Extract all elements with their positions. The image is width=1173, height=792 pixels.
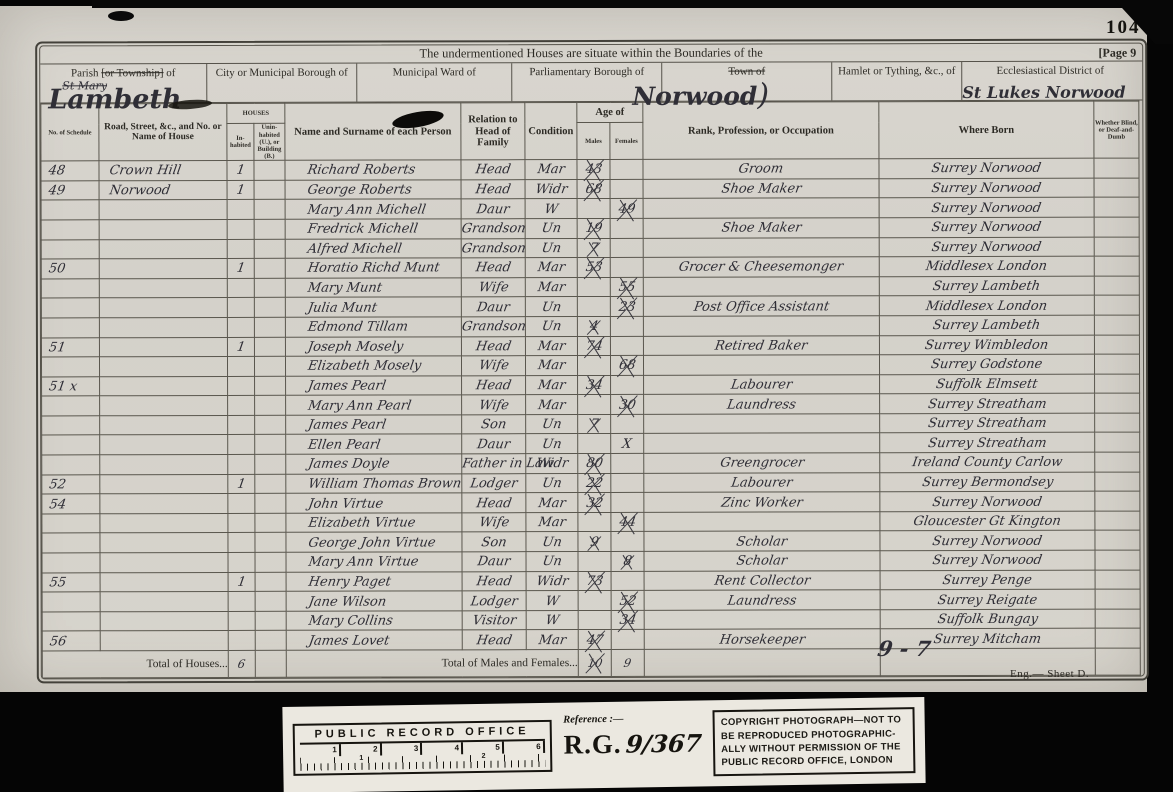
- cell-infirmity: [1094, 256, 1139, 276]
- cell-uninhabited: [254, 180, 285, 200]
- cell-road: [100, 552, 228, 572]
- cell-relation: Son: [462, 415, 526, 435]
- cell-condition: Mar: [526, 493, 578, 513]
- cell-schedule: [42, 455, 100, 475]
- page-label: [Page 9: [1099, 46, 1137, 61]
- cell-schedule: 55: [42, 572, 100, 592]
- cell-road: Norwood: [99, 180, 227, 200]
- cell-age-m: [578, 551, 611, 571]
- district-cell-borough: City or Municipal Borough of: [207, 64, 357, 103]
- cell-relation: Wife: [461, 277, 525, 297]
- parish-label-end: of: [164, 67, 176, 79]
- cell-relation: Head: [461, 258, 525, 278]
- cell-age-m: 34: [578, 375, 611, 395]
- cell-schedule: [42, 533, 100, 553]
- cell-born: Surrey Bermondsey: [880, 472, 1095, 492]
- cell-inhabited: [227, 239, 254, 259]
- census-sheet-frame: The undermentioned Houses are situate wi…: [35, 39, 1149, 684]
- cell-schedule: [42, 435, 100, 455]
- empty-cell: [644, 649, 880, 677]
- cell-infirmity: [1094, 276, 1139, 296]
- cell-name: Elizabeth Mosely: [285, 356, 461, 376]
- cell-uninhabited: [255, 494, 286, 514]
- cell-inhabited: [228, 513, 255, 533]
- cell-uninhabited: [255, 513, 286, 533]
- cell-age-m: 47: [578, 630, 611, 650]
- cell-relation: Lodger: [462, 591, 526, 611]
- cell-age-m: [578, 591, 611, 611]
- town-value: Norwood): [632, 79, 769, 114]
- cell-uninhabited: [255, 533, 286, 553]
- district-cell-town: Town of Norwood): [662, 62, 832, 101]
- cell-name: Richard Roberts: [285, 160, 461, 180]
- cell-infirmity: [1095, 628, 1140, 648]
- cell-age-f: 52: [611, 591, 644, 611]
- total-mf-label: Total of Males and Females...: [286, 650, 578, 678]
- parliamentary-label: Parliamentary Borough of: [529, 66, 644, 78]
- cell-born: Surrey Norwood: [879, 237, 1094, 257]
- cell-age-f: 49: [610, 199, 643, 219]
- cell-schedule: [41, 220, 99, 240]
- cell-relation: Grandson: [461, 317, 525, 337]
- cell-infirmity: [1095, 393, 1140, 413]
- header-uninhabited: Unin-habited (U.), or Building (B.): [254, 124, 285, 161]
- cell-uninhabited: [255, 474, 286, 494]
- reference-value: R.G. 9/367: [563, 727, 701, 760]
- cell-age-m: 73: [578, 571, 611, 591]
- cell-age-f: 8: [611, 551, 644, 571]
- cell-infirmity: [1094, 295, 1139, 315]
- cell-born: Gloucester Gt Kington: [880, 511, 1095, 531]
- cell-uninhabited: [254, 160, 285, 180]
- cell-name: Edmond Tillam: [285, 317, 461, 337]
- header-females: Females: [610, 123, 643, 160]
- cell-road: [99, 278, 227, 298]
- pro-stamp-strip: PUBLIC RECORD OFFICE 123456 12 Reference…: [282, 697, 925, 792]
- cell-age-m: 68: [577, 179, 610, 199]
- cell-age-f: [610, 160, 643, 180]
- cell-born: Surrey Wimbledon: [879, 335, 1094, 355]
- cell-relation: Head: [462, 630, 526, 650]
- cell-relation: Father in Law: [462, 454, 526, 474]
- cell-occupation: Shoe Maker: [643, 218, 879, 238]
- cell-inhabited: [227, 200, 254, 220]
- district-cell-parish: Parish [or Township] of St Mary Lambeth: [40, 64, 207, 103]
- cell-born: Middlesex London: [879, 256, 1094, 276]
- cell-condition: Un: [525, 297, 577, 317]
- cell-occupation: Laundress: [644, 590, 880, 610]
- cell-uninhabited: [254, 278, 285, 298]
- cell-name: Mary Ann Virtue: [286, 552, 462, 572]
- census-sheet: The undermentioned Houses are situate wi…: [39, 43, 1145, 680]
- column-headers: No. of Schedule Road, Street, &c., and N…: [41, 102, 1139, 162]
- cell-road: [100, 572, 228, 592]
- cell-uninhabited: [254, 200, 285, 220]
- cell-age-m: 80: [578, 454, 611, 474]
- pro-ruler-box: PUBLIC RECORD OFFICE 123456 12: [293, 720, 552, 776]
- cell-born: Middlesex London: [879, 295, 1094, 315]
- cell-born: Surrey Lambeth: [879, 315, 1094, 335]
- cell-occupation: Laundress: [644, 394, 880, 414]
- cell-inhabited: 1: [227, 161, 254, 181]
- cell-condition: Mar: [526, 375, 578, 395]
- cell-inhabited: 1: [228, 474, 255, 494]
- cell-name: Elizabeth Virtue: [286, 513, 462, 533]
- hamlet-label: Hamlet or Tything, &c., of: [838, 65, 955, 77]
- cell-road: [100, 592, 228, 612]
- cell-occupation: Labourer: [644, 374, 880, 394]
- cell-inhabited: [228, 592, 255, 612]
- cell-schedule: [42, 553, 100, 573]
- cell-condition: Mar: [526, 512, 578, 532]
- cell-name: James Lovet: [286, 630, 462, 650]
- cell-occupation: Post Office Assistant: [643, 296, 879, 316]
- cell-road: [100, 376, 228, 396]
- cell-born: Surrey Norwood: [879, 178, 1094, 198]
- cell-name: Henry Paget: [286, 571, 462, 591]
- cell-occupation: Groom: [643, 159, 879, 179]
- cell-schedule: 52: [42, 474, 100, 494]
- cell-condition: Widr: [526, 571, 578, 591]
- cell-infirmity: [1094, 354, 1139, 374]
- cell-infirmity: [1094, 335, 1139, 355]
- cell-relation: Daur: [461, 199, 525, 219]
- cell-name: Ellen Pearl: [286, 434, 462, 454]
- cell-occupation: Retired Baker: [643, 335, 879, 355]
- cell-condition: Un: [526, 532, 578, 552]
- cell-condition: Mar: [525, 277, 577, 297]
- cell-age-m: 22: [578, 473, 611, 493]
- cell-age-m: [577, 199, 610, 219]
- cell-uninhabited: [254, 219, 285, 239]
- cell-relation: Head: [461, 336, 525, 356]
- cell-schedule: 54: [42, 494, 100, 514]
- cell-age-f: 68: [610, 355, 643, 375]
- cell-inhabited: [228, 396, 255, 416]
- borough-label: City or Municipal Borough of: [216, 67, 348, 79]
- flourish-mark: ): [757, 78, 769, 113]
- cell-relation: Wife: [461, 356, 525, 376]
- cell-condition: Mar: [525, 356, 577, 376]
- cell-uninhabited: [255, 611, 286, 631]
- cell-age-m: [578, 434, 611, 454]
- cell-relation: Head: [462, 493, 526, 513]
- cell-uninhabited: [254, 258, 285, 278]
- cell-name: Fredrick Michell: [285, 219, 461, 239]
- cell-age-f: 55: [610, 277, 643, 297]
- header-houses: HOUSES: [227, 104, 285, 124]
- cell-relation: Daur: [462, 434, 526, 454]
- cell-condition: Un: [525, 238, 577, 258]
- cell-age-f: [610, 179, 643, 199]
- cell-name: Julia Munt: [285, 297, 461, 317]
- cell-inhabited: [228, 435, 255, 455]
- district-header: Parish [or Township] of St Mary Lambeth …: [40, 62, 1142, 104]
- cell-relation: Daur: [461, 297, 525, 317]
- cell-age-f: [610, 257, 643, 277]
- cell-road: [100, 494, 228, 514]
- district-cell-hamlet: Hamlet or Tything, &c., of: [832, 62, 962, 101]
- cell-name: John Virtue: [286, 493, 462, 513]
- cell-age-f: [610, 316, 643, 336]
- cell-inhabited: [227, 278, 254, 298]
- cell-condition: Mar: [526, 630, 578, 650]
- cell-name: George Roberts: [285, 180, 461, 200]
- cell-road: [100, 631, 228, 651]
- cell-condition: Mar: [526, 395, 578, 415]
- cell-uninhabited: [255, 592, 286, 612]
- cell-condition: Un: [525, 218, 577, 238]
- cell-born: Surrey Godstone: [879, 354, 1094, 374]
- cell-age-f: [611, 571, 644, 591]
- cell-uninhabited: [254, 356, 285, 376]
- cell-road: [99, 337, 227, 357]
- reference-number: 9/367: [624, 728, 702, 758]
- cell-uninhabited: [255, 376, 286, 396]
- cell-uninhabited: [254, 298, 285, 318]
- cell-schedule: [42, 416, 100, 436]
- cell-born: Surrey Norwood: [879, 198, 1094, 218]
- cell-infirmity: [1095, 570, 1140, 590]
- cell-occupation: Shoe Maker: [643, 178, 879, 198]
- cell-inhabited: 1: [227, 180, 254, 200]
- cell-inhabited: [228, 454, 255, 474]
- cell-uninhabited: [254, 317, 285, 337]
- cell-relation: Grandson: [461, 219, 525, 239]
- cell-condition: W: [525, 199, 577, 219]
- cell-occupation: Scholar: [644, 551, 880, 571]
- cell-age-m: [577, 356, 610, 376]
- cell-name: Horatio Richd Munt: [285, 258, 461, 278]
- cell-age-m: 7: [578, 414, 611, 434]
- cell-schedule: [41, 357, 99, 377]
- empty-cell: [1095, 648, 1140, 675]
- cell-occupation: [644, 512, 880, 532]
- cell-age-m: [578, 610, 611, 630]
- banner-text: The undermentioned Houses are situate wi…: [420, 46, 763, 62]
- parish-label-struck: [or Township]: [101, 67, 163, 79]
- cell-age-f: [611, 453, 644, 473]
- cell-occupation: Horsekeeper: [644, 629, 880, 649]
- cell-condition: W: [526, 610, 578, 630]
- cell-name: Mary Ann Pearl: [286, 395, 462, 415]
- cell-relation: Visitor: [462, 610, 526, 630]
- cell-born: Surrey Norwood: [880, 550, 1095, 570]
- cell-occupation: [644, 610, 880, 630]
- total-houses-label: Total of Houses...: [42, 650, 228, 677]
- cell-infirmity: [1095, 531, 1140, 551]
- cell-age-f: 30: [611, 395, 644, 415]
- cell-infirmity: [1094, 217, 1139, 237]
- cell-born: Surrey Norwood: [879, 217, 1094, 237]
- cell-inhabited: 1: [228, 572, 255, 592]
- cell-age-m: [577, 277, 610, 297]
- cell-infirmity: [1095, 374, 1140, 394]
- cell-occupation: [644, 433, 880, 453]
- cell-born: Surrey Reigate: [880, 589, 1095, 609]
- cell-age-m: 9: [578, 532, 611, 552]
- cell-born: Surrey Norwood: [880, 531, 1095, 551]
- reference-area: Reference :— R.G. 9/367: [563, 700, 702, 788]
- cell-inhabited: [227, 356, 254, 376]
- cell-age-f: [610, 238, 643, 258]
- cell-infirmity: [1094, 158, 1139, 178]
- reference-label: Reference :—: [563, 712, 701, 725]
- ecclesiastical-value: St Lukes Norwood: [962, 84, 1125, 103]
- copyright-line: PUBLIC RECORD OFFICE, LONDON: [721, 754, 907, 770]
- cell-condition: Mar: [525, 160, 577, 180]
- cell-age-f: [611, 532, 644, 552]
- cell-uninhabited: [255, 454, 286, 474]
- census-paper: 104 The undermentioned Houses are situat…: [0, 6, 1147, 692]
- cell-road: [100, 533, 228, 553]
- header-inhabited: In-habited: [227, 124, 254, 161]
- district-cell-ward: Municipal Ward of: [357, 63, 512, 102]
- cell-schedule: 56: [42, 631, 100, 651]
- cell-occupation: [643, 198, 879, 218]
- cell-schedule: 51 x: [42, 376, 100, 396]
- cell-age-f: [611, 375, 644, 395]
- total-males-value: 10: [578, 649, 611, 676]
- cell-uninhabited: [254, 239, 285, 259]
- cell-inhabited: [227, 219, 254, 239]
- cell-road: [100, 435, 228, 455]
- cell-age-f: X: [611, 434, 644, 454]
- cell-schedule: [42, 514, 100, 534]
- cell-occupation: Zinc Worker: [644, 492, 880, 512]
- cell-infirmity: [1095, 472, 1140, 492]
- cell-age-m: 53: [577, 258, 610, 278]
- cell-age-m: 4: [577, 316, 610, 336]
- cell-uninhabited: [255, 435, 286, 455]
- parish-value: Lambeth: [48, 84, 181, 115]
- cell-relation: Head: [462, 375, 526, 395]
- cell-road: [99, 298, 227, 318]
- cell-born: Surrey Streatham: [880, 433, 1095, 453]
- cell-age-f: 44: [611, 512, 644, 532]
- cell-occupation: Greengrocer: [644, 453, 880, 473]
- cell-name: Mary Collins: [286, 611, 462, 631]
- total-houses-value: 6: [228, 650, 255, 677]
- cell-born: Surrey Norwood: [879, 158, 1094, 178]
- cell-age-m: 7: [577, 238, 610, 258]
- cell-inhabited: [227, 298, 254, 318]
- cell-inhabited: [228, 611, 255, 631]
- cell-born: Suffolk Bungay: [880, 609, 1095, 629]
- census-rows: 48Crown Hill1Richard RobertsHeadMar43Gro…: [41, 158, 1140, 651]
- cell-inhabited: [228, 494, 255, 514]
- cell-relation: Lodger: [462, 473, 526, 493]
- cell-infirmity: [1094, 197, 1139, 217]
- cell-age-f: [611, 493, 644, 513]
- cell-age-f: 34: [611, 610, 644, 630]
- ink-blot: [108, 11, 134, 21]
- cell-age-m: 19: [577, 218, 610, 238]
- cell-infirmity: [1095, 550, 1140, 570]
- cell-occupation: [643, 355, 879, 375]
- cell-name: Mary Munt: [285, 278, 461, 298]
- cell-road: [99, 200, 227, 220]
- cell-uninhabited: [255, 415, 286, 435]
- cell-born: Surrey Norwood: [880, 491, 1095, 511]
- cell-inhabited: [228, 376, 255, 396]
- cell-occupation: [644, 414, 880, 434]
- cell-name: George John Virtue: [286, 532, 462, 552]
- cell-infirmity: [1095, 589, 1140, 609]
- cell-schedule: 48: [41, 161, 99, 181]
- cell-infirmity: [1095, 433, 1140, 453]
- cell-infirmity: [1095, 511, 1140, 531]
- cell-infirmity: [1095, 609, 1140, 629]
- ruler-ticks: 12: [300, 754, 545, 771]
- header-males: Males: [577, 123, 610, 160]
- cell-inhabited: [228, 533, 255, 553]
- cell-born: Surrey Streatham: [880, 413, 1095, 433]
- cell-born: Surrey Lambeth: [879, 276, 1094, 296]
- cell-road: [100, 415, 228, 435]
- cell-uninhabited: [255, 552, 286, 572]
- census-table: No. of Schedule Road, Street, &c., and N…: [40, 101, 1141, 678]
- cell-name: James Pearl: [286, 415, 462, 435]
- cell-road: [99, 317, 227, 337]
- cell-infirmity: [1094, 237, 1139, 257]
- cell-schedule: [42, 396, 100, 416]
- cell-infirmity: [1095, 491, 1140, 511]
- cell-age-m: 32: [578, 493, 611, 513]
- cell-road: [100, 396, 228, 416]
- cell-name: Mary Ann Michell: [285, 199, 461, 219]
- ruler-lower-mark: 2: [482, 753, 486, 760]
- cell-age-m: [578, 512, 611, 532]
- cell-age-m: 43: [577, 160, 610, 180]
- cell-schedule: [41, 279, 99, 299]
- cell-uninhabited: [255, 631, 286, 651]
- cell-age-f: [611, 473, 644, 493]
- copyright-box: COPYRIGHT PHOTOGRAPH—NOT TO BE REPRODUCE…: [713, 708, 916, 776]
- cell-occupation: [643, 237, 879, 257]
- cell-condition: Widr: [525, 179, 577, 199]
- cell-condition: Un: [526, 473, 578, 493]
- cell-born: Surrey Penge: [880, 570, 1095, 590]
- cell-condition: W: [526, 591, 578, 611]
- cell-relation: Son: [462, 532, 526, 552]
- cell-name: James Doyle: [286, 454, 462, 474]
- cell-name: Jane Wilson: [286, 591, 462, 611]
- empty-cell: [255, 650, 286, 677]
- cell-schedule: [41, 239, 99, 259]
- cell-inhabited: 1: [227, 337, 254, 357]
- ecclesiastical-label: Ecclesiastical District of: [996, 65, 1104, 77]
- pro-office-title: PUBLIC RECORD OFFICE: [300, 725, 545, 741]
- cell-occupation: [643, 316, 879, 336]
- cell-relation: Head: [462, 571, 526, 591]
- district-cell-ecclesiastical: Ecclesiastical District of St Lukes Norw…: [962, 62, 1138, 101]
- cell-road: [100, 513, 228, 533]
- parish-label: Parish: [71, 67, 101, 79]
- cell-age-f: [610, 218, 643, 238]
- cell-road: [100, 611, 228, 631]
- cell-schedule: [41, 200, 99, 220]
- cell-name: James Pearl: [286, 376, 462, 396]
- cell-relation: Head: [461, 179, 525, 199]
- header-condition: Condition: [525, 103, 577, 160]
- cell-uninhabited: [255, 396, 286, 416]
- cell-born: Ireland County Carlow: [880, 452, 1095, 472]
- cell-occupation: Grocer & Cheesemonger: [643, 257, 879, 277]
- cell-road: [99, 219, 227, 239]
- cell-uninhabited: [254, 337, 285, 357]
- cell-schedule: [42, 612, 100, 632]
